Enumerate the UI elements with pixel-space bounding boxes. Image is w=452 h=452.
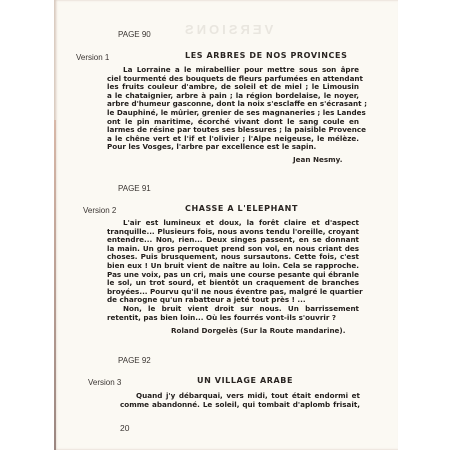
version-label-1: Version 1 xyxy=(76,53,109,62)
section-title-1: LES ARBRES DE NOS PROVINCES xyxy=(185,51,347,60)
section-title-2: CHASSE A L'ELEPHANT xyxy=(185,204,298,213)
text-line: Pour les Vosges, l'arbre par excellence … xyxy=(107,143,359,152)
text-line: comme abandonné. Le soleil, qui tombait … xyxy=(120,401,360,410)
author-2: Roland Dorgelès (Sur la Route mandarine)… xyxy=(171,326,345,335)
paragraph-2: L'air est lumineux et doux, la forêt cla… xyxy=(107,219,359,322)
text-line: retentit, pas bien loin... Où les fourré… xyxy=(107,314,359,323)
version-label-2: Version 2 xyxy=(83,206,116,215)
paragraph-1: La Lorraine a le mirabellier pour mettre… xyxy=(107,66,359,152)
showthrough-heading: VERSIONS xyxy=(182,22,273,37)
author-1: Jean Nesmy. xyxy=(293,155,342,164)
page-number: 20 xyxy=(120,423,129,433)
page-reference-90: PAGE 90 xyxy=(118,30,151,39)
paragraph-3: Quand j'y débarquai, vers midi, tout éta… xyxy=(120,392,360,409)
section-title-3: UN VILLAGE ARABE xyxy=(197,376,293,385)
version-label-3: Version 3 xyxy=(88,378,121,387)
page-reference-92: PAGE 92 xyxy=(118,356,151,365)
page-reference-91: PAGE 91 xyxy=(118,184,151,193)
